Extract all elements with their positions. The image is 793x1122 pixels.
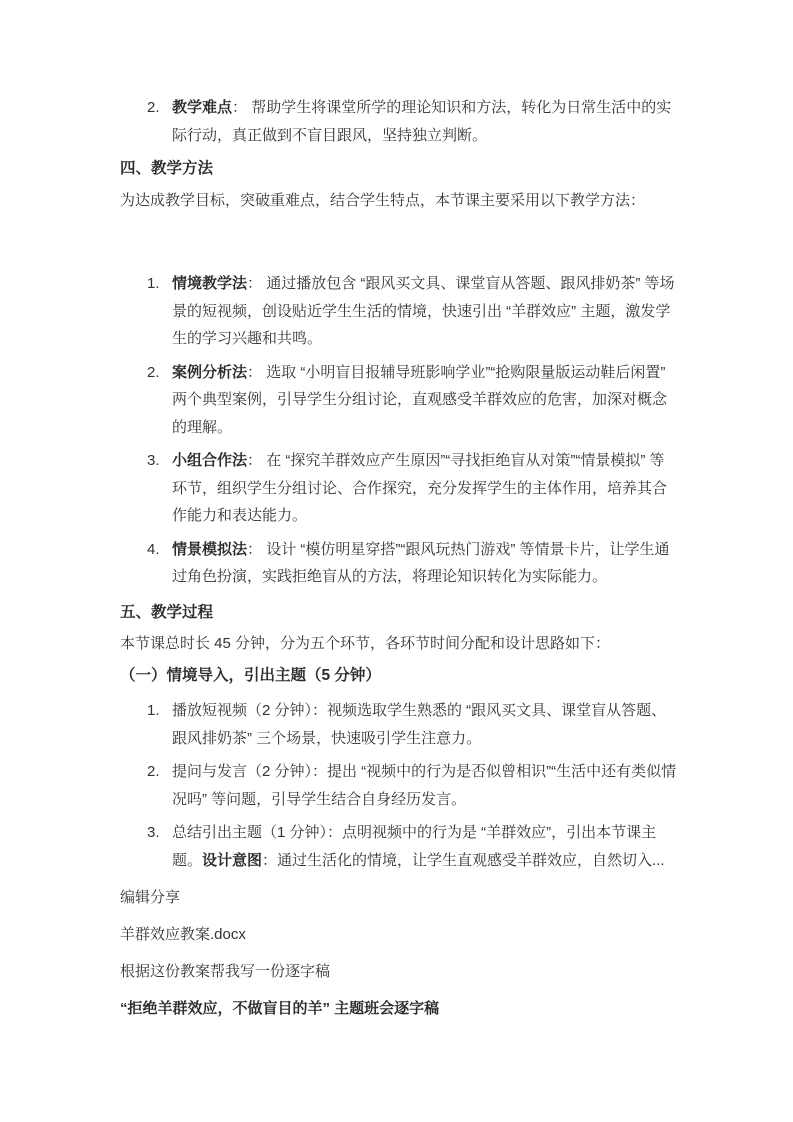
- item-text: 播放短视频（2 分钟）：视频选取学生熟悉的 “跟风买文具、课堂盲从答题、跟风排奶…: [172, 702, 666, 747]
- list-item-teaching-difficulty: 2. 教学难点： 帮助学生将课堂所学的理论知识和方法，转化为日常生活中的实际行动…: [120, 94, 677, 149]
- list-item-step-2: 2. 提问与发言（2 分钟）：提出 “视频中的行为是否似曾相识”“生活中还有类似…: [120, 758, 677, 813]
- process-intro-paragraph: 本节课总时长 45 分钟，分为五个环节，各环节时间分配和设计思路如下：: [120, 630, 677, 658]
- item-number: 2.: [147, 758, 160, 786]
- section-heading-methods: 四、教学方法: [120, 155, 677, 183]
- script-title: “拒绝羊群效应，不做盲目的羊” 主题班会逐字稿: [120, 995, 677, 1023]
- edit-share-text: 编辑分享: [120, 884, 677, 912]
- item-label: 案例分析法: [172, 364, 247, 381]
- item-separator: ：: [232, 99, 247, 116]
- list-item-method-3: 3. 小组合作法： 在 “探究羊群效应产生原因”“寻找拒绝盲从对策”“情景模拟”…: [120, 447, 677, 530]
- item-separator: ：: [247, 364, 262, 381]
- methods-list: 1. 情境教学法： 通过播放包含 “跟风买文具、课堂盲从答题、跟风排奶茶” 等场…: [120, 270, 677, 591]
- design-intent-text: ：通过生活化的情境，让学生直观感受羊群效应，自然切入...: [262, 852, 665, 869]
- section-heading-process: 五、教学过程: [120, 599, 677, 627]
- item-separator: ：: [247, 275, 262, 292]
- item-number: 1.: [147, 270, 160, 298]
- item-number: 1.: [147, 697, 160, 725]
- design-intent-label: 设计意图: [202, 852, 262, 869]
- item-separator: ：: [247, 541, 262, 558]
- list-item-method-1: 1. 情境教学法： 通过播放包含 “跟风买文具、课堂盲从答题、跟风排奶茶” 等场…: [120, 270, 677, 353]
- item-label: 情景模拟法: [172, 541, 247, 558]
- item-label: 小组合作法: [172, 452, 247, 469]
- item-number: 2.: [147, 359, 160, 387]
- item-number: 4.: [147, 536, 160, 564]
- stage-heading-intro: （一）情境导入，引出主题（5 分钟）: [120, 662, 677, 690]
- user-request-text: 根据这份教案帮我写一份逐字稿: [120, 958, 677, 986]
- list-item-method-2: 2. 案例分析法： 选取 “小明盲目报辅导班影响学业”“抢购限量版运动鞋后闲置”…: [120, 359, 677, 442]
- attachment-filename: 羊群效应教案.docx: [120, 921, 677, 949]
- item-text: 帮助学生将课堂所学的理论知识和方法，转化为日常生活中的实际行动，真正做到不盲目跟…: [172, 99, 671, 144]
- item-number: 3.: [147, 447, 160, 475]
- item-label: 情境教学法: [172, 275, 247, 292]
- document-page: 2. 教学难点： 帮助学生将课堂所学的理论知识和方法，转化为日常生活中的实际行动…: [0, 0, 793, 1122]
- item-label: 教学难点: [172, 99, 232, 116]
- item-number: 2.: [147, 94, 160, 122]
- item-number: 3.: [147, 819, 160, 847]
- list-item-step-1: 1. 播放短视频（2 分钟）：视频选取学生熟悉的 “跟风买文具、课堂盲从答题、跟…: [120, 697, 677, 752]
- methods-intro-paragraph: 为达成教学目标，突破重难点，结合学生特点，本节课主要采用以下教学方法：: [120, 187, 677, 215]
- list-item-step-3: 3. 总结引出主题（1 分钟）：点明视频中的行为是 “羊群效应”，引出本节课主题…: [120, 819, 677, 874]
- item-text: 提问与发言（2 分钟）：提出 “视频中的行为是否似曾相识”“生活中还有类似情况吗…: [172, 763, 676, 808]
- stage-steps-list: 1. 播放短视频（2 分钟）：视频选取学生熟悉的 “跟风买文具、课堂盲从答题、跟…: [120, 697, 677, 874]
- item-separator: ：: [247, 452, 262, 469]
- list-item-method-4: 4. 情景模拟法： 设计 “模仿明星穿搭”“跟风玩热门游戏” 等情景卡片，让学生…: [120, 536, 677, 591]
